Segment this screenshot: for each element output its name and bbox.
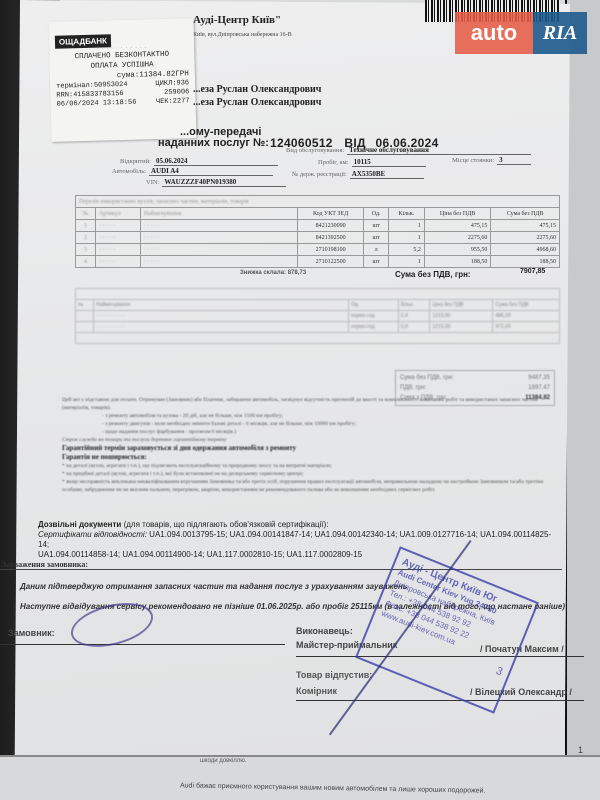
exclusions-title: Гарантія не поширюється: (62, 453, 147, 461)
vin-field: VIN:WAUZZZF40PN019380 (146, 178, 286, 187)
works-table: № Найменування Од. Кільк. Ціна без ПДВ С… (75, 288, 560, 344)
released-signature-line (296, 700, 584, 701)
parts-table-row: 2· · · · ·· · · · ·8421392500шт12275,602… (76, 232, 560, 244)
parts-header-row: № Артикул Найменування Код УКТ ЗЕД Од. К… (76, 208, 560, 220)
parts-table: Перелік використаних вузлів, запасних ча… (75, 195, 560, 268)
permit-documents: Дозвільні документи (для товарів, що під… (38, 520, 558, 560)
works-header-row: № Найменування Од. Кільк. Ціна без ПДВ С… (76, 300, 560, 311)
parts-table-row: 4· · · · ·· · · · ·2710122500шт1188,5018… (76, 256, 560, 268)
bottom-page-line1: шкоди довкіллю. (200, 758, 246, 764)
parts-table-row: 3· · · · ·· · · · ·2710198100л5,2955,504… (76, 244, 560, 256)
released-role: Комірник (296, 686, 337, 696)
total-vat: 1897,47 (528, 383, 550, 393)
act-title-line2: наданних послуг №: (158, 137, 269, 149)
executor-label: Виконавець: (296, 626, 353, 636)
company-name: Ауді-Центр Київ" (193, 14, 281, 26)
receipt-datetime: 06/06/2024 13:18:56 (57, 99, 137, 110)
works-table-row: · · · · · · · · · ·нормо-год0,41215,0048… (76, 311, 560, 322)
side-document-page (565, 0, 600, 800)
watermark-ria: RIA (533, 12, 587, 54)
discount: Знижка склала: 878,73 (240, 270, 306, 276)
service-type-field: Вид обслуговування:Технічне обслуговуван… (286, 146, 531, 155)
customer-signature-label: Замовник: (8, 628, 55, 638)
warranty-start: Гарантійний термін зараховується зі дня … (62, 444, 296, 452)
customer-remarks-label: Зауваження замовника: (0, 560, 562, 570)
company-address: Київ, вул.Дніпровська набережна 16-В (193, 32, 292, 38)
parts-section-title: Перелік використаних вузлів, запасних ча… (76, 196, 560, 208)
parts-total-label: Сума без ПДВ, грн: (395, 270, 471, 279)
mileage-field: Пробіг, км:10115 (318, 158, 426, 167)
bottom-document-page (0, 755, 600, 800)
warranty-terms: Цей акт є підставою для оплати. Отримува… (62, 396, 557, 494)
customer-name-2: ...еза Руслан Олександрович (193, 97, 321, 108)
total-no-vat: 9487,35 (528, 373, 550, 383)
customer-name-1: ...еза Руслан Олександрович (193, 84, 321, 95)
payment-receipt: ОЩАДБАНК · · · · · · · · · · · СПЛАЧЕНО … (48, 18, 196, 142)
opened-field: Відкритий:05.06.2024 (120, 157, 278, 166)
auto-ria-watermark: auto RIA (455, 12, 587, 54)
released-label: Товар відпустив: (296, 670, 372, 680)
customer-signature-line (0, 644, 285, 645)
plate-field: № держ. реєстрації:AX5350BE (292, 170, 424, 179)
parts-table-row: 1· · · · ·· · · · ·8421230090шт1475,1547… (76, 220, 560, 232)
works-table-row: · · · · · · · · · ·нормо-год0,81215,0097… (76, 322, 560, 333)
watermark-auto: auto (455, 12, 533, 54)
page-number: 1 (578, 745, 583, 755)
car-field: Автомобіль:AUDI A4 (112, 167, 273, 176)
receipt-check: ЧЕК:2277 (156, 97, 190, 107)
parking-field: Місце стоянки:3 (452, 156, 531, 165)
parts-total: 7907,85 (520, 268, 545, 275)
